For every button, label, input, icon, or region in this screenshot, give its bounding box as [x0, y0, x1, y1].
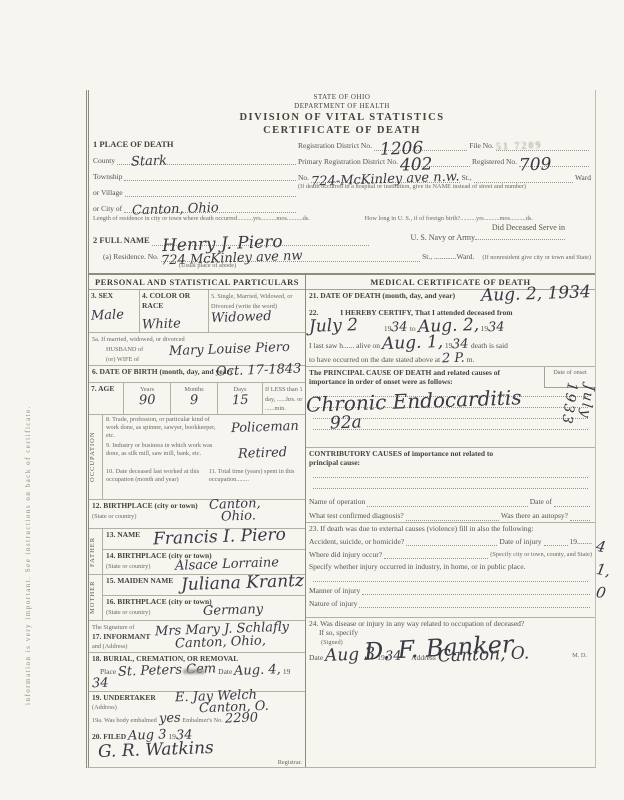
- age-days-label: Days: [234, 386, 247, 393]
- dob-value: Oct. 17-1843: [215, 362, 301, 378]
- injury-19-label: 19........: [570, 537, 593, 546]
- place-of-death-block: 1 PLACE OF DEATH CountyStark Township or…: [93, 137, 298, 214]
- city-label: or City of: [93, 204, 122, 213]
- registered-no-label: Registered No.: [472, 157, 517, 166]
- injury-date-label: Date of injury: [499, 537, 541, 546]
- trade-label: 8. Trade, profession, or particular kind…: [106, 416, 224, 440]
- occupation-side-label: OCCUPATION: [89, 415, 103, 499]
- residence-row: (a) Residence. No. 724 McKinley ave nw S…: [89, 252, 595, 262]
- occupation-block: OCCUPATION 8. Trade, profession, or part…: [89, 415, 305, 500]
- spouse-label-3: (or) WIFE of: [106, 356, 139, 363]
- age-months-cell: Months9: [171, 383, 218, 415]
- township-line: [124, 171, 296, 181]
- file-no-stamp: 51 7209: [496, 140, 543, 154]
- death-said-label: death is said: [471, 341, 508, 350]
- age-less-cell: If LESS than 1 day, ......hrs. or ......…: [263, 383, 305, 415]
- industry-row: 9. Industry or business in which work wa…: [103, 441, 305, 467]
- embalmer-no-label: Embalmer's No.: [182, 717, 223, 724]
- sex-value: Male: [91, 308, 124, 322]
- dod-label: 21. DATE OF DEATH (month, day, and year): [309, 291, 455, 300]
- primary-district-line: 402: [400, 157, 470, 167]
- header-state: STATE OF OHIO: [89, 93, 595, 102]
- industry-label: 9. Industry or business in which work wa…: [106, 442, 224, 458]
- right-margin-marks: 4 1, 0: [596, 540, 610, 601]
- nature-label: Nature of injury: [309, 599, 357, 608]
- father-name-row: 13. NAME Francis I. Piero: [103, 529, 305, 550]
- mother-name-value: Juliana Krantz: [181, 573, 304, 594]
- father-name-label: 13. NAME: [106, 530, 140, 539]
- st-label: St.,: [462, 173, 472, 182]
- village-label: or Village: [93, 188, 123, 197]
- birthplace-sub: (State or country): [92, 513, 136, 520]
- foreign-birth-label: How long in U. S., if of foreign birth?.…: [365, 215, 591, 223]
- operation-label: Name of operation: [309, 497, 365, 506]
- race-cell: 4. COLOR OR RACE White: [140, 290, 209, 332]
- father-block: FATHER 13. NAME Francis I. Piero 14. BIR…: [89, 529, 305, 575]
- age-days-value: 15: [231, 393, 248, 407]
- filed-label: 20. FILED: [92, 732, 126, 741]
- last-saw-year: 34: [452, 337, 469, 351]
- reg-district-label: Registration District No.: [298, 141, 372, 150]
- autopsy-label: Was there an autopsy?: [501, 511, 568, 520]
- date-of-death-row: 21. DATE OF DEATH (month, day, and year)…: [306, 290, 595, 307]
- where-label: Where did injury occur?: [309, 550, 382, 559]
- margin-mark: 0: [595, 585, 612, 602]
- undertaker-row: 19. UNDERTAKER E. Jay Welch (Address) Ca…: [89, 692, 305, 728]
- medical-column: MEDICAL CERTIFICATE OF DEATH 21. DATE OF…: [306, 275, 595, 767]
- occurred-label: to have occurred on the date stated abov…: [309, 355, 440, 364]
- onset-value: July 1933: [554, 381, 598, 449]
- specify-ruled-line: [313, 572, 588, 582]
- burial-date-value: Aug. 4,: [234, 663, 281, 678]
- mother-content: 15. MAIDEN NAME Juliana Krantz 16. BIRTH…: [103, 575, 305, 620]
- age-less-label: If LESS than 1 day, ......hrs. or ......…: [265, 386, 303, 413]
- mother-name-row: 15. MAIDEN NAME Juliana Krantz: [103, 575, 305, 596]
- accident-line: [406, 536, 497, 546]
- age-years-value: 90: [138, 393, 155, 407]
- embalmed-value: yes: [158, 712, 180, 726]
- test-label: What test confirmed diagnosis?: [309, 511, 404, 520]
- reg-district-line: 1206: [374, 141, 467, 151]
- scan-smudge: [183, 669, 205, 674]
- certify-block: 22. I HEREBY CERTIFY, That I attended de…: [306, 307, 595, 366]
- age-label-cell: 7. AGE: [89, 383, 124, 415]
- header-dept: DEPARTMENT OF HEALTH: [89, 102, 595, 111]
- occurred-m-label: m.: [467, 355, 475, 364]
- embalmed-label: 19a. Was body embalmed: [92, 717, 157, 724]
- contributory-ruled-line: [313, 468, 588, 478]
- dob-label: 6. DATE OF BIRTH (month, day, and year): [92, 367, 232, 376]
- residence-label: (a) Residence. No.: [103, 252, 159, 261]
- informant-value-2: Canton, Ohio,: [175, 635, 266, 651]
- informant-label-3: and (Address): [92, 643, 128, 650]
- mother-block: MOTHER 15. MAIDEN NAME Juliana Krantz 16…: [89, 575, 305, 621]
- operation-line: [367, 497, 527, 507]
- age-years-cell: Years90: [124, 383, 171, 415]
- sex-label: 3. SEX: [91, 291, 113, 300]
- burial-year-printed: 19: [283, 667, 291, 676]
- test-row: What test confirmed diagnosis? Was there…: [306, 508, 595, 523]
- race-value: White: [142, 317, 181, 331]
- father-side-label: FATHER: [89, 529, 103, 574]
- residence-line: 724 McKinley ave nw: [161, 252, 420, 262]
- marital-cell: 5. Single, Married, Widowed, or Divorced…: [209, 290, 305, 332]
- autopsy-line: [570, 511, 590, 521]
- scanned-death-certificate: information is very important. See instr…: [0, 0, 624, 800]
- external-label: 23. If death was due to external causes …: [309, 524, 534, 533]
- burial-label: 18. BURIAL, CREMATION, OR REMOVAL: [92, 654, 238, 663]
- age-years-label: Years: [140, 386, 154, 393]
- place-of-death-label: 1 PLACE OF DEATH: [93, 139, 298, 150]
- service-label-2: U. S. Navy or Army: [411, 233, 475, 242]
- signed-date-year-value: 34: [385, 650, 402, 664]
- file-no-label: File No.: [469, 141, 494, 150]
- top-section: 1 PLACE OF DEATH CountyStark Township or…: [89, 137, 595, 214]
- cause-value: Chronic Endocarditis: [306, 387, 522, 415]
- informant-label-1: The Signature of: [92, 624, 134, 631]
- mother-birthplace-row: 16. BIRTHPLACE (city or town) (State or …: [103, 596, 305, 620]
- registered-no-line: 709: [519, 157, 589, 167]
- external-causes-block: 23. If death was due to external causes …: [306, 523, 595, 618]
- street-no-label: No.: [298, 173, 309, 182]
- file-no-line: 51 7209: [496, 141, 589, 151]
- principal-cause-block: The PRINCIPAL CAUSE OF DEATH and related…: [306, 367, 595, 448]
- certify-to-label: to: [410, 324, 416, 333]
- last-saw-value: Aug. 1,: [382, 334, 444, 353]
- accident-label: Accident, suicide, or homicide?: [309, 537, 404, 546]
- full-name-line: Henry J. Piero: [152, 236, 370, 246]
- dob-row: 6. DATE OF BIRTH (month, day, and year) …: [89, 366, 305, 383]
- if-so-label: If so, specify: [319, 628, 358, 637]
- township-label: Township: [93, 172, 122, 181]
- burial-date-label: Date: [218, 667, 232, 676]
- ward-label: Ward: [575, 173, 591, 182]
- principal-label: The PRINCIPAL CAUSE OF DEATH and related…: [309, 368, 509, 387]
- related-label: 24. Was disease or injury in any way rel…: [309, 619, 524, 628]
- residence-st-ward: St., ............Ward.: [422, 252, 474, 261]
- header-division: DIVISION OF VITAL STATISTICS: [89, 111, 595, 124]
- mother-bp-label: 16. BIRTHPLACE (city or town): [106, 597, 212, 606]
- personal-column: PERSONAL AND STATISTICAL PARTICULARS 3. …: [89, 275, 306, 767]
- certify-from-value: July 2: [309, 317, 359, 336]
- father-name-value: Francis I. Piero: [153, 527, 286, 549]
- burial-year-value: 34: [92, 676, 109, 690]
- trade-value: Policeman: [231, 420, 299, 435]
- city-value: Canton, Ohio: [132, 202, 219, 218]
- form-header: STATE OF OHIO DEPARTMENT OF HEALTH DIVIS…: [89, 90, 595, 137]
- filed-row: 20. FILED Aug 3 1934 G. R. Watkins Regis…: [89, 728, 305, 760]
- father-birthplace-row: 14. BIRTHPLACE (city or town) (State or …: [103, 550, 305, 574]
- industry-value: Retired: [238, 446, 288, 461]
- last-saw-label: I last saw h...... alive on: [309, 341, 380, 350]
- operation-row: Name of operation Date of: [306, 494, 595, 508]
- contributory-label: CONTRIBUTORY CAUSES of importance not re…: [309, 449, 519, 468]
- header-title: CERTIFICATE OF DEATH: [89, 124, 595, 137]
- signed-address-value: Canton, O.: [437, 646, 529, 666]
- father-bp-sub: (State or country): [106, 563, 150, 570]
- service-line: [475, 239, 565, 240]
- date-of-line: [554, 497, 590, 507]
- occurred-value: 2 P.: [442, 351, 465, 365]
- certificate-form: STATE OF OHIO DEPARTMENT OF HEALTH DIVIS…: [86, 90, 596, 768]
- date-of-label: Date of: [530, 497, 552, 506]
- spouse-value: Mary Louise Piero: [169, 341, 290, 358]
- full-name-label: 2 FULL NAME: [93, 235, 150, 246]
- race-label: 4. COLOR OR RACE: [142, 291, 190, 309]
- left-margin-note: information is very important. See instr…: [24, 235, 38, 705]
- manner-label: Manner of injury: [309, 586, 360, 595]
- margin-mark: 1,: [595, 562, 612, 579]
- contributory-ruled-line: [313, 479, 588, 489]
- last-worked-label: 10. Date deceased last worked at this oc…: [106, 468, 209, 498]
- certify-from-year: 34: [391, 320, 408, 334]
- spouse-label-1: 5a. If married, widowed, or divorced: [92, 336, 185, 343]
- birthplace-value-2: Ohio.: [221, 510, 256, 524]
- burial-place-label: Place: [100, 667, 116, 676]
- embalmer-no-value: 2290: [225, 711, 259, 725]
- occupation-content: 8. Trade, profession, or particular kind…: [103, 415, 305, 499]
- county-value: Stark: [131, 155, 167, 169]
- nonresident-note: (If nonresident give city or town and St…: [482, 254, 591, 262]
- cause-value-2: 92a: [330, 414, 362, 432]
- margin-mark: 4: [595, 539, 612, 556]
- injury-date-line: [544, 536, 568, 546]
- county-line: Stark: [117, 155, 296, 165]
- registered-no-value: 709: [519, 156, 552, 174]
- manner-line: [362, 585, 590, 595]
- dod-value: Aug. 2, 1934: [481, 284, 591, 305]
- specify-label: Specify whether injury occurred in indus…: [309, 562, 526, 571]
- occupation-related-block: 24. Was disease or injury in any way rel…: [306, 618, 595, 686]
- registrar-signature: G. R. Watkins: [98, 740, 214, 761]
- age-row: 7. AGE Years90 Months9 Days15 If LESS th…: [89, 383, 305, 416]
- registration-block: Registration District No. 1206 File No. …: [298, 137, 591, 214]
- test-line: [406, 511, 499, 521]
- county-label: County: [93, 156, 115, 165]
- sex-race-marital-row: 3. SEX Male 4. COLOR OR RACE White 5. Si…: [89, 290, 305, 333]
- spouse-row: 5a. If married, widowed, or divorced HUS…: [89, 333, 305, 366]
- md-label: M. D.: [572, 652, 587, 660]
- informant-label-2: 17. INFORMANT: [92, 632, 150, 641]
- registrar-label: Registrar.: [278, 759, 302, 767]
- undertaker-label: 19. UNDERTAKER: [92, 693, 156, 702]
- signed-date-label: Date: [309, 653, 323, 662]
- where-line: [384, 549, 488, 559]
- street-line: 724-McKinley ave n.w.: [311, 173, 460, 183]
- undertaker-addr-label: (Address): [92, 704, 117, 711]
- nature-line: [359, 598, 590, 608]
- age-days-cell: Days15: [218, 383, 263, 415]
- age-label: 7. AGE: [91, 384, 114, 393]
- mother-side-label: MOTHER: [89, 575, 103, 620]
- service-label-1: Did Deceased Serve in: [492, 223, 565, 232]
- age-months-label: Months: [184, 386, 203, 393]
- personal-title: PERSONAL AND STATISTICAL PARTICULARS: [89, 275, 305, 291]
- spouse-label-2: HUSBAND of: [106, 346, 143, 353]
- marital-label: 5. Single, Married, Widowed, or Divorced…: [211, 293, 292, 310]
- father-content: 13. NAME Francis I. Piero 14. BIRTHPLACE…: [103, 529, 305, 574]
- columns: PERSONAL AND STATISTICAL PARTICULARS 3. …: [89, 273, 595, 767]
- contributory-block: CONTRIBUTORY CAUSES of importance not re…: [306, 448, 595, 494]
- informant-row: The Signature of 17. INFORMANT and (Addr…: [89, 621, 305, 653]
- full-name-row: 2 FULL NAME Henry J. Piero: [89, 235, 375, 246]
- father-bp-value: Alsace Lorraine: [175, 556, 279, 573]
- marital-value: Widowed: [211, 310, 272, 325]
- signed-date-value: Aug 3: [325, 646, 376, 665]
- certify-to-year: 34: [488, 320, 505, 334]
- mother-name-label: 15. MAIDEN NAME: [106, 576, 173, 585]
- total-time-label: 11. Total time (years) spent in this occ…: [209, 468, 302, 498]
- city-line: Canton, Ohio: [124, 203, 296, 213]
- mother-bp-value: Germany: [203, 603, 264, 618]
- where-sub: (Specify city or town, county, and State…: [490, 551, 592, 559]
- age-months-value: 9: [190, 393, 199, 406]
- mother-bp-sub: (State or country): [106, 609, 150, 616]
- trade-row: 8. Trade, profession, or particular kind…: [103, 415, 305, 441]
- last-worked-row: 10. Date deceased last worked at this oc…: [103, 467, 305, 499]
- village-line: [125, 187, 296, 197]
- birthplace-label: 12. BIRTHPLACE (city or town): [92, 501, 198, 510]
- sex-cell: 3. SEX Male: [89, 290, 140, 332]
